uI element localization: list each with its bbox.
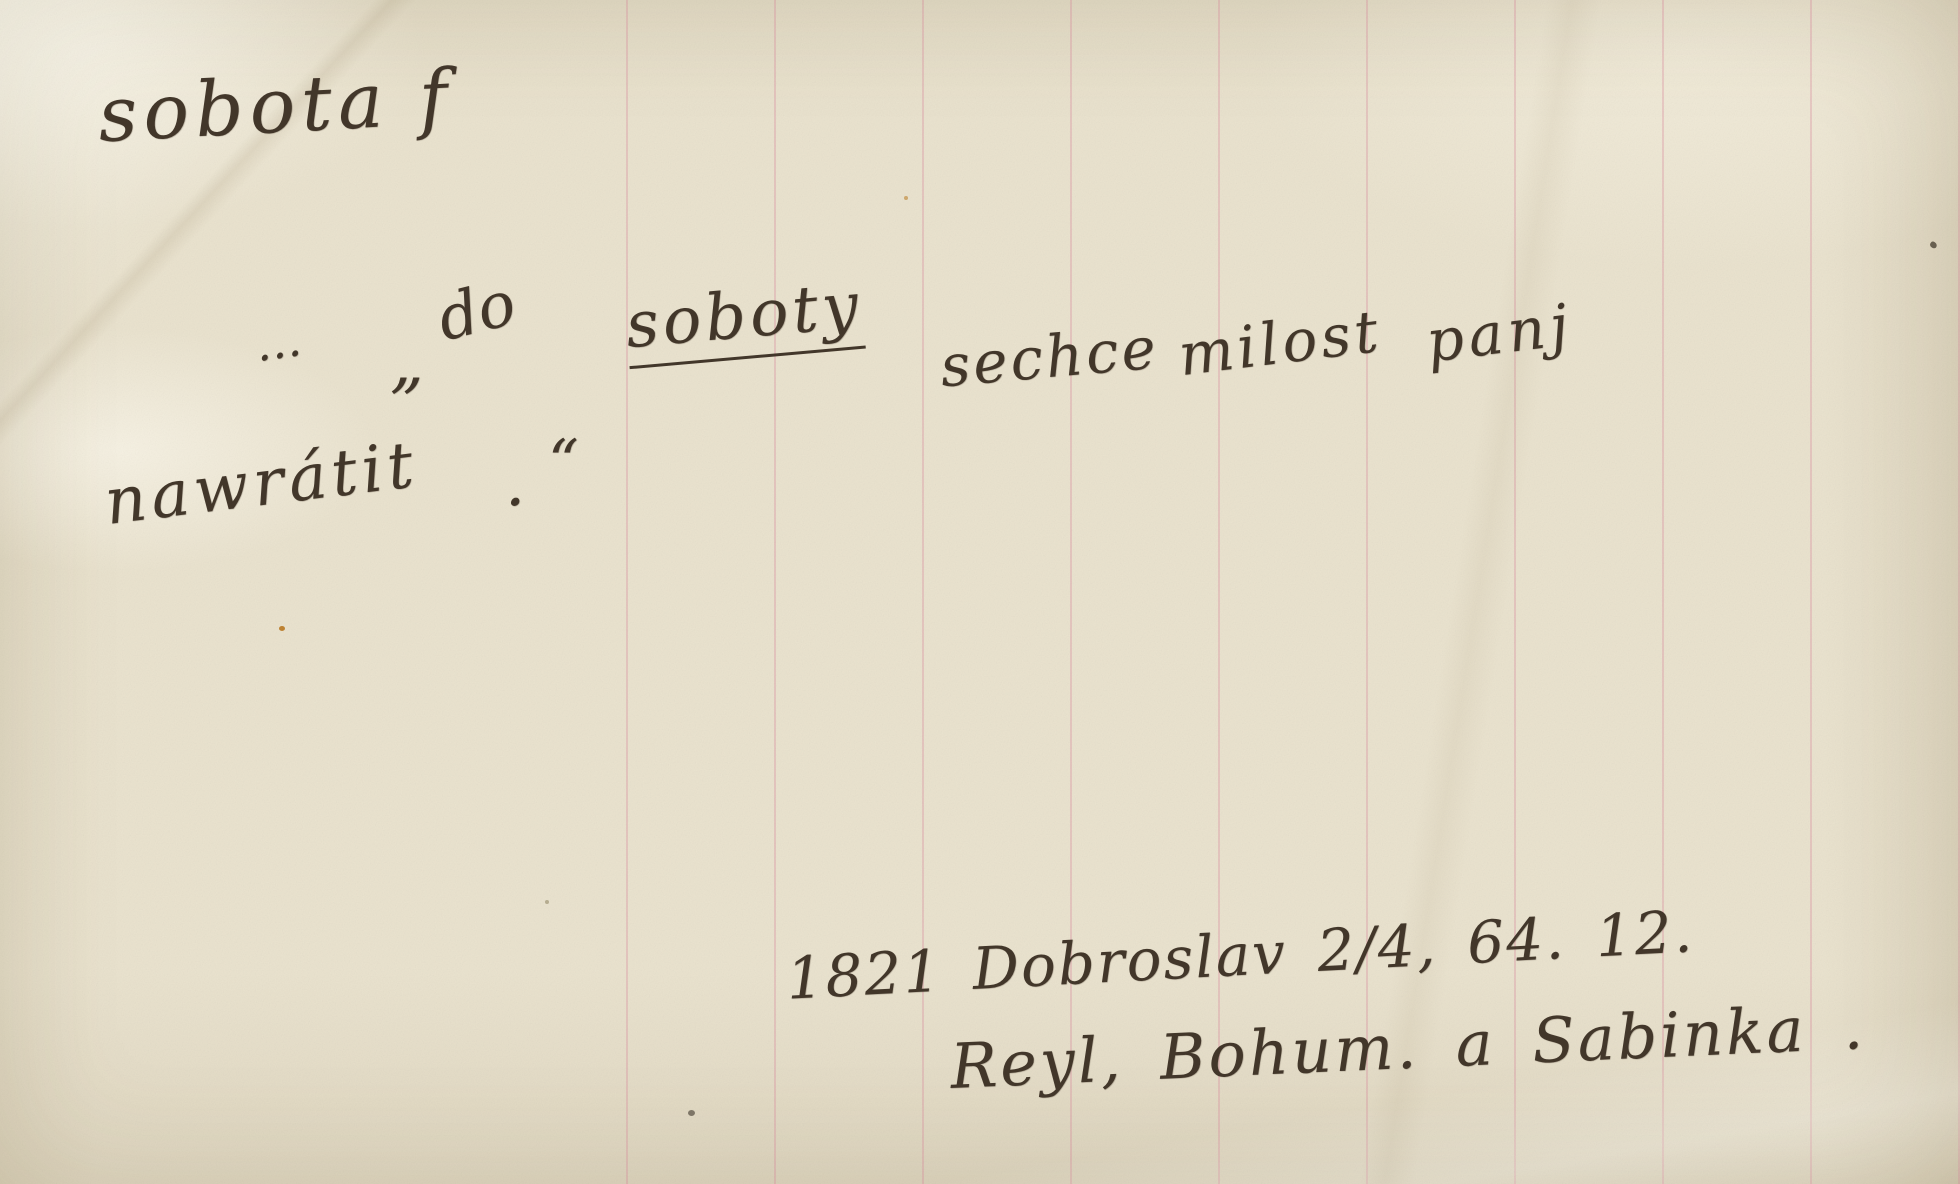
paper-speck [1929,241,1938,250]
paper-speck [545,900,549,904]
paper-speck [279,626,285,631]
paper-sheet: sobota f … „ do soboty sechce milost pan… [0,0,1960,1184]
quote-word-soboty-underlined: soboty [623,274,865,369]
quote-close-mark: “ [548,432,579,492]
citation-source-line: 1821 Dobroslav 2/4, 64. 12. [785,902,1695,1007]
headword-text: sobota f [96,59,455,153]
quote-ellipsis: … [252,314,320,368]
quote-word-sechce: sechce [938,319,1161,396]
quote-word-milost: milost [1175,302,1385,384]
citation-names-line: Reyl, Bohum. a Sabinka . [949,996,1867,1098]
paper-speck [904,196,908,200]
quote-period: . [505,452,525,516]
quote-word-do: do [432,272,522,351]
quote-word-panj: panj [1423,295,1576,370]
paper-speck [688,1110,695,1116]
quote-word-nawratit: nawrátit [101,433,421,535]
quote-open-mark: „ [390,330,424,396]
